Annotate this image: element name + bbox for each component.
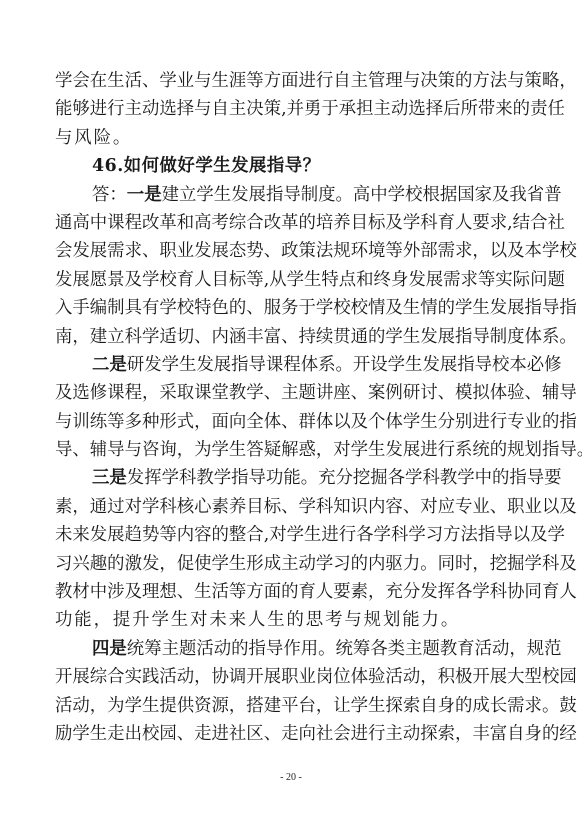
text-line: 及选修课程，采取课堂教学、主题讲座、案例研讨、模拟体验、辅导 — [55, 379, 525, 407]
text-line: 发展愿景及学校育人目标等,从学生特点和终身发展需求等实际问题 — [55, 266, 525, 294]
paragraph-first-line: 四是统筹主题活动的指导作用。统筹各类主题教育活动，规范 — [55, 635, 525, 663]
text-line: 南，建立科学适切、内涵丰富、持续贯通的学生发展指导制度体系。 — [55, 323, 525, 351]
text-line: 与训练等多种形式，面向全体、群体以及个体学生分别进行专业的指 — [55, 408, 525, 436]
text-line: 与风险。 — [55, 124, 525, 152]
text-span: 发挥学科教学指导功能。充分挖掘各学科教学中的指导要 — [127, 468, 562, 488]
text-line: 会发展需求、职业发展态势、政策法规环境等外部需求，以及本学校 — [55, 237, 525, 265]
text-line: 未来发展趋势等内容的整合,对学生进行各学科学习方法指导以及学 — [55, 521, 525, 549]
paragraph-first-line: 三是发挥学科教学指导功能。充分挖掘各学科教学中的指导要 — [55, 464, 525, 492]
text-line: 学会在生活、学业与生涯等方面进行自主管理与决策的方法与策略， — [55, 67, 525, 95]
text-line: 导、辅导与咨询，为学生答疑解惑，对学生发展进行系统的规划指导。 — [55, 436, 525, 464]
text-span: 建立学生发展指导制度。高中学校根据国家及我省普 — [162, 185, 562, 205]
text-line: 习兴趣的激发，促使学生形成主动学习的内驱力。同时，挖掘学科及 — [55, 550, 525, 578]
text-line: 能够进行主动选择与自主决策,并勇于承担主动选择后所带来的责任 — [55, 95, 525, 123]
text-line: 活动，为学生提供资源，搭建平台，让学生探索自身的成长需求。鼓 — [55, 692, 525, 720]
paragraph-first-line: 答：一是建立学生发展指导制度。高中学校根据国家及我省普 — [55, 181, 525, 209]
text-line: 通高中课程改革和高考综合改革的培养目标及学科育人要求,结合社 — [55, 209, 525, 237]
page-number: - 20 - — [0, 772, 582, 783]
text-span: 研发学生发展指导课程体系。开设学生发展指导校本必修 — [127, 355, 562, 375]
text-line: 励学生走出校园、走进社区、走向社会进行主动探索，丰富自身的经 — [55, 720, 525, 748]
answer-label: 答： — [92, 185, 127, 205]
text-line: 功能，提升学生对未来人生的思考与规划能力。 — [55, 606, 525, 634]
section-heading: 46.如何做好学生发展指导？ — [55, 152, 525, 180]
point-lead: 三是 — [92, 468, 127, 488]
paragraph-first-line: 二是研发学生发展指导课程体系。开设学生发展指导校本必修 — [55, 351, 525, 379]
point-lead: 二是 — [92, 355, 127, 375]
text-line: 入手编制具有学校特色的、服务于学校校情及生情的学生发展指导指 — [55, 294, 525, 322]
text-line: 开展综合实践活动，协调开展职业岗位体验活动，积极开展大型校园 — [55, 663, 525, 691]
document-page: 学会在生活、学业与生涯等方面进行自主管理与决策的方法与策略， 能够进行主动选择与… — [55, 67, 525, 748]
point-lead: 四是 — [92, 639, 127, 659]
text-line: 素，通过对学科核心素养目标、学科知识内容、对应专业、职业以及 — [55, 493, 525, 521]
text-span: 统筹主题活动的指导作用。统筹各类主题教育活动，规范 — [127, 639, 562, 659]
point-lead: 一是 — [127, 185, 162, 205]
text-line: 教材中涉及理想、生活等方面的育人要素，充分发挥各学科协同育人 — [55, 578, 525, 606]
